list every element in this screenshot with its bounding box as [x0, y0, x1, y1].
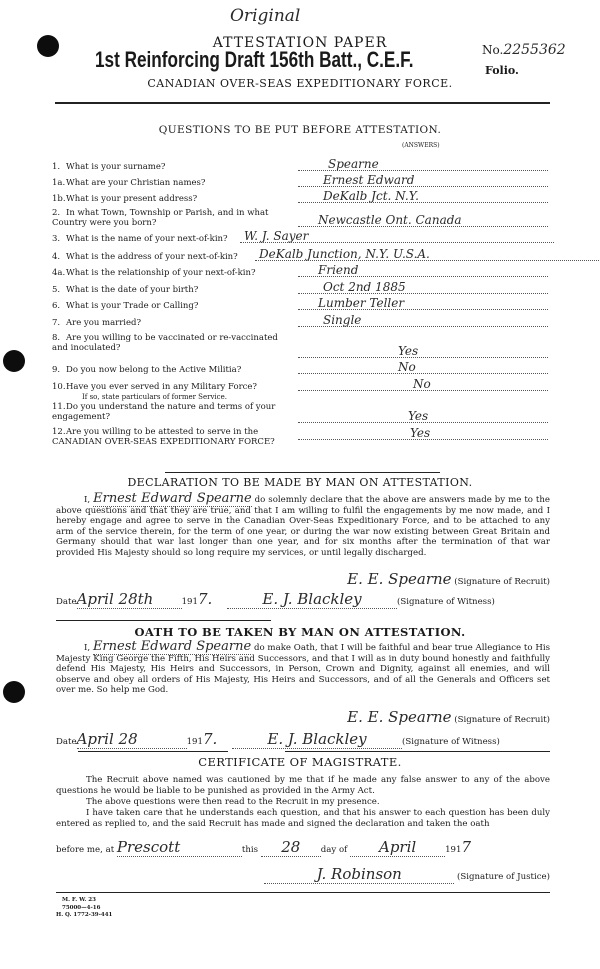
- justice-signature: J. Robinson (Signature of Justice): [250, 865, 550, 884]
- question-5: 5.What is the date of your birth?: [52, 285, 290, 295]
- answer-next-of-kin-address: DeKalb Junction, N.Y. U.S.A.: [255, 248, 599, 261]
- certificate-divider: [56, 892, 550, 893]
- question-9: 9.Do you now belong to the Active Militi…: [52, 365, 290, 375]
- answer-married: Single: [298, 314, 548, 327]
- answer-christian-names: Ernest Edward: [298, 174, 548, 187]
- oath-date-line: DateApril 281917. E. J. Blackley(Signatu…: [56, 730, 550, 749]
- certificate-month: April: [350, 838, 445, 857]
- declaration-name: Ernest Edward Spearne: [93, 491, 252, 507]
- answer-date-of-birth: Oct 2nd 1885: [298, 281, 548, 294]
- unit-stamp: 1st Reinforcing Draft 156th Batt., C.E.F…: [95, 47, 413, 73]
- answer-vaccinated: Yes: [298, 345, 548, 358]
- declaration-recruit-signature: E. E. Spearne (Signature of Recruit): [255, 570, 550, 588]
- oath-name: Ernest Edward Spearne: [93, 639, 251, 655]
- question-10: 10.Have you ever served in any Military …: [52, 382, 290, 402]
- questions-divider: [165, 472, 440, 473]
- form-code: M. F. W. 23 75000—4-16 H. Q. 1772-39-441: [56, 897, 112, 920]
- declaration-heading: DECLARATION TO BE MADE BY MAN ON ATTESTA…: [0, 476, 600, 489]
- question-11: 11.Do you understand the nature and term…: [52, 402, 290, 422]
- regimental-number: No.2255362: [482, 42, 566, 58]
- question-1a: 1a.What are your Christian names?: [52, 178, 290, 188]
- question-12: 12.Are you willing to be attested to ser…: [52, 427, 290, 447]
- oath-heading: OATH TO BE TAKEN BY MAN ON ATTESTATION.: [0, 625, 600, 639]
- header-divider: [55, 102, 550, 104]
- answer-next-of-kin-relationship: Friend: [298, 264, 548, 277]
- answer-military-service: No: [298, 378, 548, 391]
- question-7: 7.Are you married?: [52, 318, 290, 328]
- declaration-divider: [56, 620, 271, 621]
- folio-label: Folio.: [485, 64, 519, 77]
- punch-hole-bottom: [3, 681, 25, 703]
- question-1b: 1b.What is your present address?: [52, 194, 290, 204]
- certificate-para-1: The Recruit above named was cautioned by…: [56, 775, 550, 796]
- declaration-witness-signature: E. J. Blackley: [227, 590, 397, 609]
- force-name: CANADIAN OVER-SEAS EXPEDITIONARY FORCE.: [0, 77, 600, 90]
- answer-surname: Spearne: [298, 158, 548, 171]
- answer-willing-to-serve: Yes: [298, 427, 548, 440]
- oath-witness-signature: E. J. Blackley: [232, 730, 402, 749]
- oath-recruit-signature: E. E. Spearne (Signature of Recruit): [255, 708, 550, 726]
- question-2: 2.In what Town, Township or Parish, and …: [52, 208, 290, 228]
- answer-present-address: DeKalb Jct. N.Y.: [298, 190, 548, 203]
- oath-divider-left: [78, 751, 228, 752]
- certificate-para-2: The above questions were then read to th…: [56, 797, 550, 808]
- punch-hole-middle: [3, 350, 25, 372]
- answer-active-militia: No: [298, 361, 548, 374]
- certificate-day: 28: [261, 838, 321, 857]
- oath-text: I, Ernest Edward Spearne do make Oath, t…: [56, 642, 550, 696]
- question-1: 1.What is your surname?: [52, 162, 290, 172]
- question-4a: 4a.What is the relationship of your next…: [52, 268, 290, 278]
- declaration-text: I, Ernest Edward Spearne do solemnly dec…: [56, 494, 550, 559]
- declaration-date-line: DateApril 28th1917. E. J. Blackley(Signa…: [56, 590, 550, 609]
- question-6: 6.What is your Trade or Calling?: [52, 301, 290, 311]
- answer-birthplace: Newcastle Ont. Canada: [298, 214, 548, 227]
- certificate-place-date-line: before me, at Prescottthis 28day of Apri…: [56, 838, 550, 857]
- answer-trade: Lumber Teller: [298, 297, 548, 310]
- answer-understand-terms: Yes: [298, 410, 548, 423]
- questions-heading: QUESTIONS TO BE PUT BEFORE ATTESTATION.: [0, 124, 600, 136]
- certificate-heading: CERTIFICATE OF MAGISTRATE.: [0, 755, 600, 769]
- answers-label: (ANSWERS): [402, 142, 440, 149]
- certificate-para-3: I have taken care that he understands ea…: [56, 808, 550, 829]
- oath-divider-right: [285, 751, 550, 752]
- question-8: 8.Are you willing to be vaccinated or re…: [52, 333, 290, 353]
- original-annotation: Original: [230, 6, 300, 26]
- answer-next-of-kin-name: W. J. Sayer: [240, 230, 554, 243]
- certificate-place: Prescott: [117, 838, 242, 857]
